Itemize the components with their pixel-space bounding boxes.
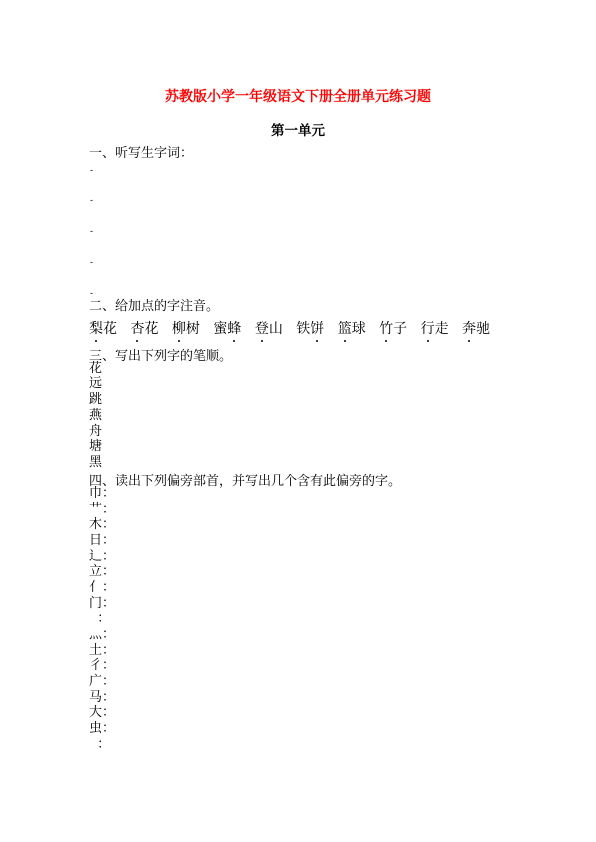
stroke-char: 花 bbox=[89, 361, 102, 376]
stroke-char: 远 bbox=[89, 376, 102, 391]
dotted-char: 杏 bbox=[130, 318, 144, 338]
section2-heading: 二、给加点的字注音。 bbox=[89, 295, 219, 314]
radical-item: 巾： bbox=[89, 486, 115, 501]
document-title: 苏教版小学一年级语文下册全册单元练习题 bbox=[0, 86, 596, 106]
unit-heading: 第一单元 bbox=[0, 119, 596, 139]
radical-item: 马： bbox=[89, 690, 115, 705]
radical-item: 艹： bbox=[89, 502, 115, 517]
char: 花 bbox=[103, 318, 117, 338]
char: 树 bbox=[186, 318, 200, 338]
dotted-char: 饼 bbox=[310, 318, 324, 338]
word-item: 杏花 bbox=[130, 318, 158, 338]
char: 花 bbox=[144, 318, 158, 338]
word-item: 行走 bbox=[421, 318, 449, 338]
char: 蜜 bbox=[213, 318, 227, 338]
section3-heading: 三、写出下列字的笔顺。 bbox=[89, 345, 232, 364]
section1-heading: 一、听写生字词： bbox=[89, 142, 193, 161]
word-item: 竹子 bbox=[379, 318, 407, 338]
char: 驰 bbox=[476, 318, 490, 338]
stroke-char: 黑 bbox=[89, 455, 102, 470]
dotted-char: 登 bbox=[255, 318, 269, 338]
char: 球 bbox=[352, 318, 366, 338]
dotted-char: 蜂 bbox=[227, 318, 241, 338]
blank-mark: - bbox=[90, 258, 93, 268]
char: 山 bbox=[269, 318, 283, 338]
dotted-char: 梨 bbox=[89, 318, 103, 338]
radical-item: ： bbox=[89, 737, 110, 752]
word-item: 柳树 bbox=[172, 318, 200, 338]
char: 子 bbox=[393, 318, 407, 338]
radical-item: 虫： bbox=[89, 721, 115, 736]
radical-item: 灬： bbox=[89, 627, 115, 642]
blank-mark: - bbox=[90, 227, 93, 237]
char: 铁 bbox=[296, 318, 310, 338]
word-item: 铁饼 bbox=[296, 318, 324, 338]
word-item: 篮球 bbox=[338, 318, 366, 338]
radical-item: 日： bbox=[89, 533, 115, 548]
radical-item: 亻： bbox=[89, 580, 115, 595]
radical-item: 大： bbox=[89, 705, 115, 720]
blank-mark: - bbox=[90, 196, 93, 206]
radical-item: 彳： bbox=[89, 658, 115, 673]
word-item: 登山 bbox=[255, 318, 283, 338]
word-list: 梨花 杏花 柳树 蜜蜂 登山 铁饼 篮球 竹子 行走 奔驰 bbox=[89, 318, 499, 338]
radical-item: 立： bbox=[89, 564, 115, 579]
dotted-char: 竹 bbox=[379, 318, 393, 338]
dotted-char: 奔 bbox=[462, 318, 476, 338]
dotted-char: 行 bbox=[421, 318, 435, 338]
dotted-char: 柳 bbox=[172, 318, 186, 338]
stroke-char: 塘 bbox=[89, 439, 102, 454]
word-item: 蜜蜂 bbox=[213, 318, 241, 338]
radical-item: 门： bbox=[89, 596, 115, 611]
stroke-char: 燕 bbox=[89, 408, 102, 423]
stroke-char: 舟 bbox=[89, 424, 102, 439]
char: 走 bbox=[435, 318, 449, 338]
word-item: 奔驰 bbox=[462, 318, 490, 338]
radical-item: 土： bbox=[89, 643, 115, 658]
radical-item: ： bbox=[89, 611, 110, 626]
blank-mark: - bbox=[90, 166, 93, 176]
section4-heading: 四、读出下列偏旁部首，并写出几个含有此偏旁的字。 bbox=[89, 470, 401, 489]
radical-item: 辶： bbox=[89, 549, 115, 564]
word-item: 梨花 bbox=[89, 318, 117, 338]
radical-item: 木： bbox=[89, 517, 115, 532]
radical-item: 广： bbox=[89, 674, 115, 689]
stroke-char: 跳 bbox=[89, 392, 102, 407]
dotted-char: 篮 bbox=[338, 318, 352, 338]
